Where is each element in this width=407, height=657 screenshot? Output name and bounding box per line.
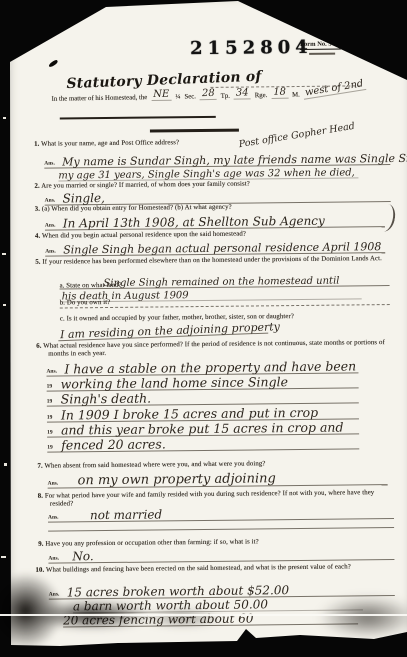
question-5: 5. If your residence has been performed … (35, 255, 387, 266)
answer-line: 20 acres fencing wort about 60 (63, 609, 358, 627)
question-10: 10. What buildings and fencing have been… (35, 563, 382, 574)
rge-label: Rge. (255, 92, 268, 99)
tp-label: Tp. (221, 93, 230, 100)
edge-speck (1, 556, 6, 558)
margin-note: Post office Gopher Head (237, 116, 356, 152)
quarter-symbol: ¼ (175, 94, 180, 101)
file-number-stamp: 2152804 (190, 37, 313, 59)
ink-flourish (378, 203, 397, 233)
question-6: 6. What actual residence have you since … (36, 339, 386, 358)
sec-label: Sec. (184, 93, 196, 100)
answer-line: Ans. not married (48, 503, 394, 523)
answer-line: Ans. No. (48, 545, 394, 564)
edge-speck (2, 253, 6, 255)
matter-prefix: In the matter of his Homestead, the (52, 94, 148, 103)
answer-line: Ans. Single Singh began actual personal … (45, 237, 385, 257)
answer-line: 19 fenced 20 acres. (47, 433, 359, 452)
scan-artifact-line (0, 614, 407, 616)
document-page: 2152804 Form No. 36 (new) Statutory Decl… (0, 0, 407, 657)
page-content: 2152804 Form No. 36 (new) Statutory Decl… (0, 0, 407, 657)
quarter-value: NE (151, 89, 171, 101)
answer-line: Ans. In April 13th 1908, at Shellton Sub… (45, 210, 385, 231)
separator-line (60, 116, 216, 120)
edge-speck (3, 117, 6, 119)
sec-value: 28 (200, 88, 217, 100)
separator-line (150, 129, 239, 132)
edge-speck (3, 304, 6, 306)
blank-ruled-line (48, 521, 394, 532)
ink-mark (48, 59, 59, 68)
question-1: 1. What is your name, age and Post Offic… (34, 138, 271, 148)
answer-line: Ans. on my own property adjoining (47, 467, 387, 489)
question-5b-row: b. Do you own it? (60, 293, 390, 308)
meridian-label: M. (292, 91, 300, 98)
edge-speck (4, 463, 7, 466)
tp-value: 34 (234, 87, 251, 99)
question-5b-label: b. Do you own it? (60, 299, 111, 307)
rge-value: 18 (271, 87, 288, 99)
scanned-document: 2152804 Form No. 36 (new) Statutory Decl… (0, 0, 407, 657)
